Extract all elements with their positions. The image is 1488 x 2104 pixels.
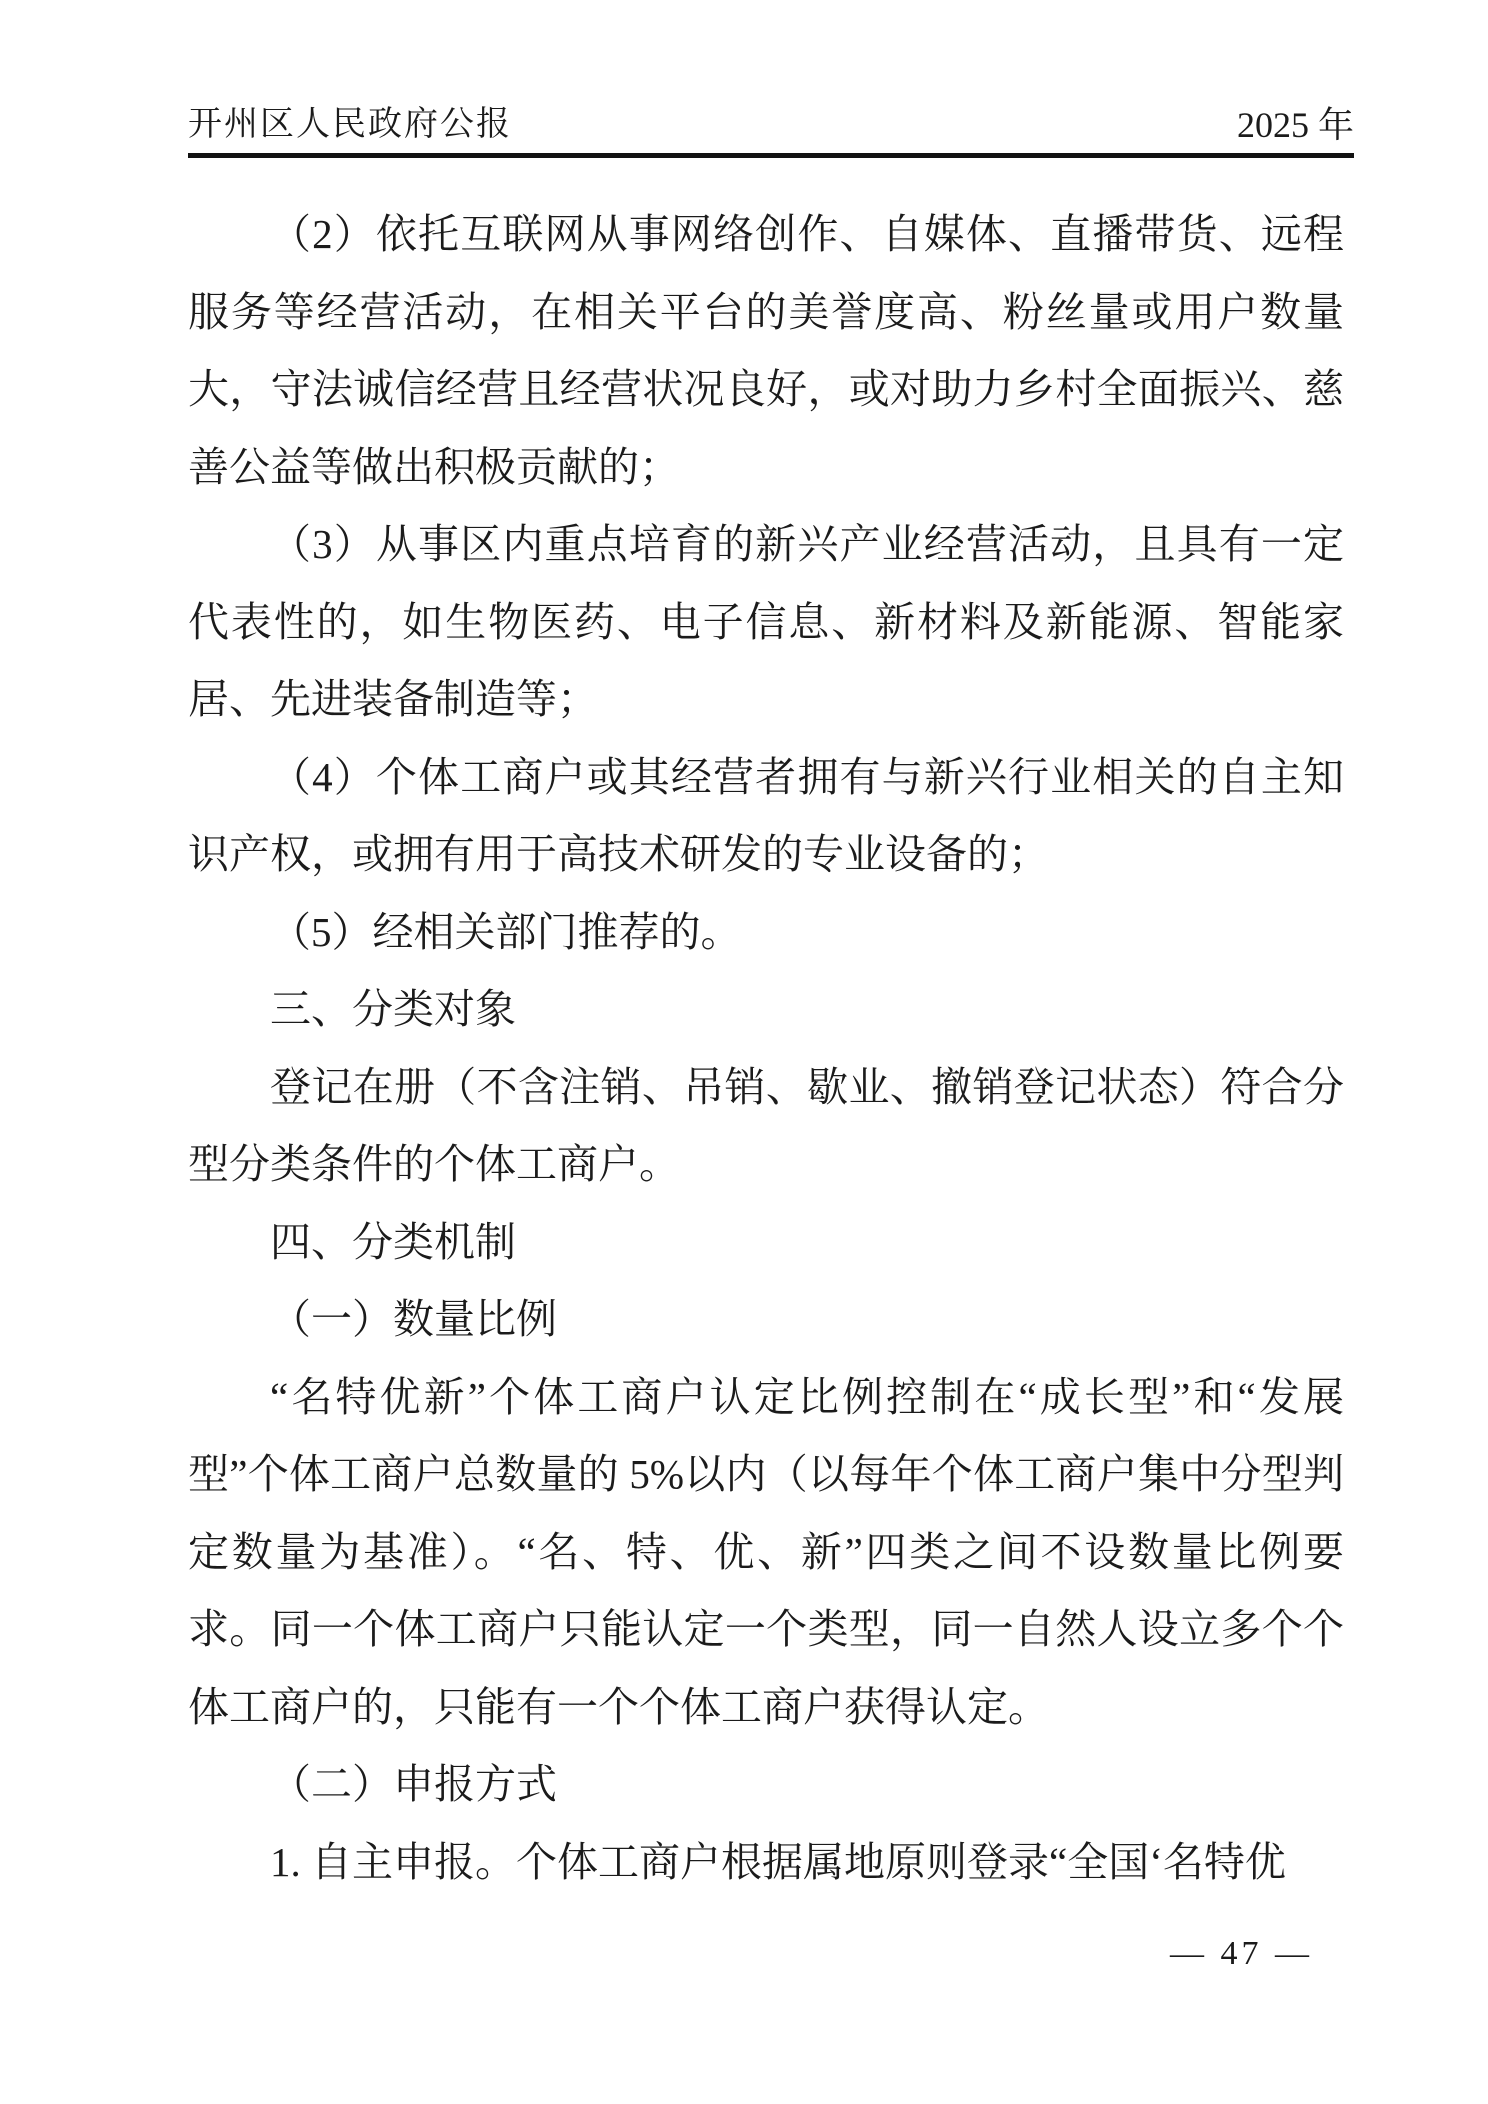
document-body: （2）依托互联网从事网络创作、自媒体、直播带货、远程服务等经营活动，在相关平台的… bbox=[188, 196, 1344, 1901]
paragraph: （5）经相关部门推荐的。 bbox=[188, 894, 1344, 972]
paragraph: （3）从事区内重点培育的新兴产业经营活动，且具有一定代表性的，如生物医药、电子信… bbox=[188, 506, 1344, 739]
paragraph: （2）依托互联网从事网络创作、自媒体、直播带货、远程服务等经营活动，在相关平台的… bbox=[188, 196, 1344, 506]
section-heading: 四、分类机制 bbox=[188, 1204, 1344, 1282]
paragraph: （4）个体工商户或其经营者拥有与新兴行业相关的自主知识产权，或拥有用于高技术研发… bbox=[188, 739, 1344, 894]
page-header: 开州区人民政府公报 2025 年 bbox=[188, 104, 1354, 158]
paragraph: 1. 自主申报。个体工商户根据属地原则登录“全国‘名特优 bbox=[188, 1824, 1344, 1902]
paragraph: 登记在册（不含注销、吊销、歇业、撤销登记状态）符合分型分类条件的个体工商户。 bbox=[188, 1049, 1344, 1204]
journal-title: 开州区人民政府公报 bbox=[188, 104, 512, 146]
page-number: — 47 — bbox=[1170, 1934, 1313, 1974]
paragraph: “名特优新”个体工商户认定比例控制在“成长型”和“发展型”个体工商户总数量的 5… bbox=[188, 1359, 1344, 1747]
journal-year: 2025 年 bbox=[1237, 104, 1354, 146]
section-heading: 三、分类对象 bbox=[188, 971, 1344, 1049]
subsection-heading: （一）数量比例 bbox=[188, 1281, 1344, 1359]
gazette-page: 开州区人民政府公报 2025 年 （2）依托互联网从事网络创作、自媒体、直播带货… bbox=[0, 0, 1488, 2104]
subsection-heading: （二）申报方式 bbox=[188, 1746, 1344, 1824]
